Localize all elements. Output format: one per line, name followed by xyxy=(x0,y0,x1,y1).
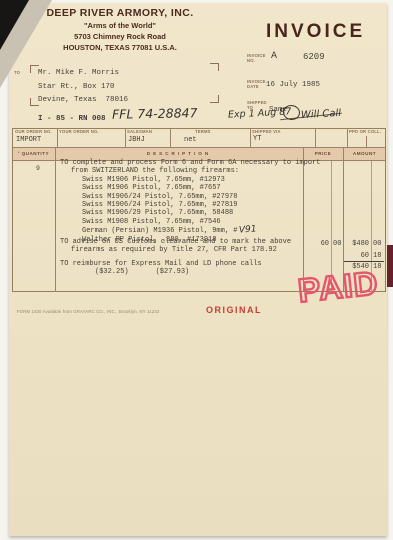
table-v-terms xyxy=(170,128,171,148)
ppd-or-coll-header: PPD OR COLL. xyxy=(349,130,381,135)
description-import-block: TO complete and process Form 6 and Form … xyxy=(60,159,320,244)
company-tagline: "Arms of the World" xyxy=(34,21,206,30)
company-address-line2: HOUSTON, TEXAS 77081 U.S.A. xyxy=(34,43,206,52)
table-rule-under-order-row xyxy=(13,147,385,148)
price-dollars: 60 xyxy=(305,240,329,248)
shipped-via-value: YT xyxy=(253,135,261,143)
address-bracket-bottom-right xyxy=(210,95,219,103)
our-order-no-value: IMPORT xyxy=(16,136,41,144)
invoice-no-prefix: A xyxy=(271,51,277,62)
invoice-no-label: INVOICE NO. xyxy=(247,54,264,64)
description-line: from SWITZERLAND the following firearms: xyxy=(60,167,320,175)
table-v-blank-col xyxy=(315,128,316,148)
quantity-value: 9 xyxy=(36,165,40,172)
invoice-title: INVOICE xyxy=(266,21,365,43)
company-header: DEEP RIVER ARMORY, INC. "Arms of the Wor… xyxy=(34,7,206,52)
quantity-column-header: * QUANTITY xyxy=(12,151,55,156)
address-bracket-top-right xyxy=(210,63,219,71)
order-reference: I - 85 - RN 008 xyxy=(38,115,106,123)
bill-to-line3: Devine, Texas 78016 xyxy=(38,96,128,104)
salesman-header: SALESMAN xyxy=(127,130,152,135)
table-v-ppd-sub xyxy=(366,136,367,148)
amount-column-header: AMOUNT xyxy=(343,151,386,156)
firearm-line: Swiss M1908 Pistol, 7.65mm, #7546 xyxy=(60,218,320,226)
phone-cost: ($27.93) xyxy=(129,268,190,276)
description-reimburse-block: TO reimburse for Express Mail and LD pho… xyxy=(60,260,262,277)
table-v-ppd xyxy=(347,128,348,148)
scanned-invoice-page: DEEP RIVER ARMORY, INC. "Arms of the Wor… xyxy=(0,0,393,540)
amount-line2-cents: 18 xyxy=(373,252,381,260)
our-order-no-header: OUR ORDER NO. xyxy=(15,130,52,135)
firearm-line: Swiss M1906 Pistol, 7.65mm, #7657 xyxy=(60,184,320,192)
firearm-line: Swiss M1906/24 Pistol, 7.65mm, #27978 xyxy=(60,193,320,201)
description-line: TO complete and process Form 6 and Form … xyxy=(60,159,320,167)
price-cents: 00 xyxy=(333,240,341,248)
handwritten-ffl-number: FFL 74-28847 xyxy=(112,105,198,121)
mail-cost: ($32.25) xyxy=(60,268,129,276)
original-label: ORIGINAL xyxy=(206,305,262,315)
salesman-value: JBHJ xyxy=(128,136,145,144)
amount-line2-dollars: 60 xyxy=(345,252,369,260)
terms-header: TERMS xyxy=(195,130,211,135)
amount-line1-cents: 00 xyxy=(373,240,381,248)
description-line: TO reimburse for Express Mail and LD pho… xyxy=(60,260,262,268)
bill-to-line2: Star Rt., Box 170 xyxy=(38,83,115,91)
invoice-date-value: 16 July 1985 xyxy=(266,81,320,89)
description-paren-line: ($32.25)($27.93) xyxy=(60,268,262,276)
scan-edge-artifact xyxy=(387,245,393,287)
firearm-line: Swiss M1906/24 Pistol, 7.65mm, #27819 xyxy=(60,201,320,209)
invoice-no-value: 6209 xyxy=(303,52,325,62)
firearm-line-text: German (Persian) M1936 Pistol, 9mm, # xyxy=(82,227,237,235)
company-address-line1: 5703 Chimney Rock Road xyxy=(34,32,206,41)
invoice-date-label: INVOICE DATE xyxy=(247,80,264,90)
handwritten-serial: V91 xyxy=(239,226,257,236)
amount-line1-dollars: $480 xyxy=(345,240,369,248)
company-name: DEEP RIVER ARMORY, INC. xyxy=(34,7,206,19)
price-column-header: PRICE xyxy=(303,151,343,156)
firearm-line-german: German (Persian) M1936 Pistol, 9mm, #V91 xyxy=(60,226,320,235)
bill-to-line1: Mr. Mike F. Morris xyxy=(38,69,119,77)
description-column-header: DESCRIPTION xyxy=(55,151,303,156)
firearm-line: Swiss M1906 Pistol, 7.65mm, #12973 xyxy=(60,176,320,184)
terms-value: net xyxy=(184,136,197,144)
form-source-note: FORM 1430 Available from GRAYARC CO., IN… xyxy=(17,309,159,314)
table-v-shipped-via xyxy=(250,128,251,148)
table-v-quantity xyxy=(55,148,56,292)
description-advise-block: TO advise on US Customs clearance and to… xyxy=(60,238,291,255)
bill-to-label: TO xyxy=(14,71,20,76)
handwritten-will-call: Will Call xyxy=(301,108,342,121)
quantity-header-text: QUANTITY xyxy=(22,151,49,156)
description-line: TO advise on US Customs clearance and to… xyxy=(60,238,291,246)
firearm-line: Swiss M1906/29 Pistol, 7.65mm, 58488 xyxy=(60,209,320,217)
description-line: firearms as required by Title 27, CFR Pa… xyxy=(60,246,291,254)
quantity-mark: * xyxy=(18,151,20,155)
table-v-your-order xyxy=(57,128,58,148)
your-order-no-header: YOUR ORDER NO. xyxy=(59,130,99,135)
table-v-salesman xyxy=(125,128,126,148)
